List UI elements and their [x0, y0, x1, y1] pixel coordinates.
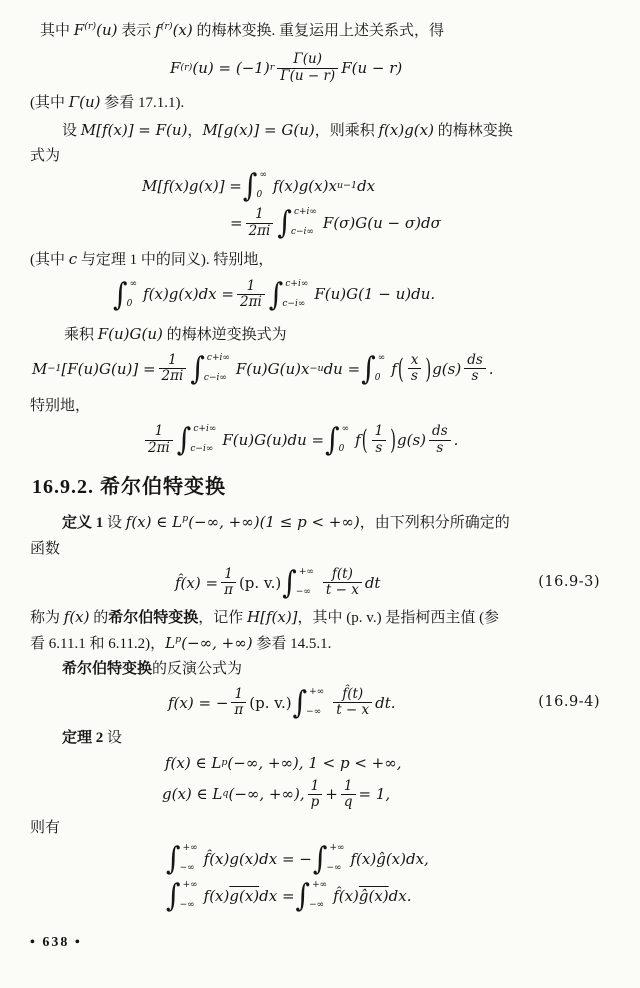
parenthesized-group: (xs) — [397, 353, 432, 385]
para-references: 看 6.11.1 和 6.11.2)，Lp(−∞, +∞) 参看 14.5.1. — [30, 633, 614, 655]
fraction: dss — [429, 424, 451, 456]
math-text: f(x) ∈ L — [165, 755, 221, 772]
fraction: 1s — [372, 424, 387, 456]
integral-lower-limit: −∞ — [326, 864, 344, 874]
text-run: ，其中 (p. v.) 是指柯西主值 (参 — [298, 610, 500, 626]
integral-upper-limit: c+i∞ — [207, 354, 230, 364]
fraction: 1p — [308, 779, 323, 811]
text-run: 设 — [103, 730, 122, 746]
bold-term: 定义 1 — [62, 515, 103, 531]
math-text: f(x) — [64, 608, 90, 626]
math-text: (u) — [96, 21, 117, 39]
fraction: f̂(t)t − x — [333, 687, 372, 719]
math-text: L — [165, 634, 175, 652]
math-text: Γ(u) — [69, 93, 101, 111]
integral: ∫+∞−∞ — [166, 844, 202, 874]
fraction: 12πi — [237, 279, 265, 311]
integral-sign: ∫ — [190, 353, 205, 384]
integral-upper-limit: +∞ — [299, 568, 314, 578]
text-run: 的梅林变换. 重复运用上述关系式，得 — [193, 23, 444, 39]
math-text: [F(u)G(u)] = — [61, 361, 155, 378]
integral-sign: ∫ — [361, 353, 376, 384]
math-text: f(x) = − — [168, 695, 228, 712]
integral-upper-limit: +∞ — [312, 881, 327, 891]
math-text: M[f(x)] = F(u) — [81, 121, 188, 139]
integral: ∫+∞−∞ — [282, 568, 318, 598]
integral: ∫+∞−∞ — [166, 881, 202, 911]
text-run: (p. v.) — [249, 695, 291, 712]
math-text: F(u)G(u) — [98, 325, 163, 343]
math-text: dt. — [375, 695, 395, 712]
math-text: f(x)g(x) — [378, 121, 433, 139]
integral-upper-limit: +∞ — [309, 688, 324, 698]
math-text: f(x)g(x)x — [273, 178, 337, 195]
section-heading: 16.9.2. 希尔伯特变换 — [32, 474, 614, 500]
math-text: H[f(x)] — [247, 608, 298, 626]
integral-lower-limit: −∞ — [180, 901, 198, 911]
script: (r) — [180, 63, 192, 73]
math-text: f(x) ∈ L — [126, 513, 182, 531]
text-run: ， — [187, 123, 202, 139]
formula-parseval-relation-1: ∫+∞−∞f̂(x)g(x)dx = −∫+∞−∞f(x)ĝ(x)dx, — [165, 844, 614, 874]
script: u−1 — [337, 181, 357, 191]
math-text: du = — [324, 361, 361, 378]
math-text: F(u)G(1 − u)du. — [314, 286, 435, 303]
para-product-transform-setup-cont: 式为 — [30, 146, 614, 167]
math-text: g(s) — [397, 432, 426, 449]
text-run: 其中 — [40, 23, 74, 39]
text-run: 则有 — [30, 820, 60, 836]
integral-sign: ∫ — [166, 880, 181, 911]
conjugate-overline: ĝ(x) — [359, 888, 389, 905]
integral: ∫∞0 — [113, 280, 141, 310]
fraction: 1q — [341, 779, 356, 811]
text-run: 表示 — [118, 23, 156, 39]
text-run: 的反演公式为 — [152, 661, 242, 677]
fraction: dss — [464, 353, 486, 385]
math-text: F(σ)G(u − σ)dσ — [323, 215, 441, 232]
math-text: . — [489, 361, 494, 378]
script: (r) — [84, 21, 96, 32]
integral-sign: ∫ — [243, 171, 258, 202]
math-text: f̂(x) — [333, 888, 359, 905]
conjugate-overline: g(x) — [229, 888, 259, 905]
open-paren: ( — [361, 425, 369, 455]
math-text: dx = — [259, 888, 294, 905]
math-text: f(x)ĝ(x)dx, — [351, 851, 429, 868]
para-gamma-reference: (其中 Γ(u) 参看 17.1.1). — [30, 92, 614, 114]
formula-g-space-condition: g(x) ∈ Lq(−∞, +∞), 1p + 1q = 1, — [162, 779, 614, 811]
integral-upper-limit: +∞ — [329, 844, 344, 854]
text-run: 参看 14.5.1. — [253, 636, 332, 652]
integral-upper-limit: ∞ — [130, 280, 138, 290]
parenthesized-group: (1s) — [361, 424, 397, 456]
para-then-have: 则有 — [30, 818, 614, 839]
para-inversion-intro: 希尔伯特变换的反演公式为 — [30, 659, 614, 680]
page-number: • 638 • — [30, 935, 614, 951]
math-text: + — [325, 786, 338, 803]
formula-mellin-product-line2: = 12πi∫c+i∞c−i∞F(σ)G(u − σ)dσ — [230, 207, 614, 239]
formula-mellin-product-line1: M[f(x)g(x)] = ∫∞0f(x)g(x)xu−1dx — [142, 171, 614, 201]
equation-number: (16.9-3) — [538, 575, 600, 591]
integral-lower-limit: c−i∞ — [190, 445, 216, 455]
math-text: (−∞, +∞)(1 ≤ p < +∞) — [188, 513, 360, 531]
integral: ∫+∞−∞ — [296, 881, 332, 911]
math-text: f̂(x) = — [175, 575, 218, 592]
text-run: ，由下列积分所确定的 — [360, 515, 510, 531]
formula-product-integral: ∫∞0f(x)g(x)dx = 12πi∫c+i∞c−i∞F(u)G(1 − u… — [112, 279, 614, 311]
integral-lower-limit: 0 — [256, 191, 267, 201]
text-run: (其中 — [30, 252, 69, 268]
integral: ∫∞0 — [325, 425, 353, 455]
integral: ∫+∞−∞ — [293, 688, 329, 718]
fraction: Γ(u)Γ(u − r) — [277, 52, 338, 84]
para-especially: 特别地， — [30, 396, 614, 417]
integral-upper-limit: c+i∞ — [294, 208, 317, 218]
integral-sign: ∫ — [325, 425, 340, 456]
integral-lower-limit: 0 — [339, 445, 350, 455]
para-function-label: 函数 — [30, 539, 614, 560]
math-text: = 1, — [359, 786, 391, 803]
text-run: 的梅林逆变换式为 — [163, 327, 287, 343]
integral-lower-limit: 0 — [375, 374, 386, 384]
text-run: 称为 — [30, 610, 64, 626]
integral-upper-limit: ∞ — [342, 425, 350, 435]
integral: ∫c+i∞c−i∞ — [277, 208, 321, 238]
math-text: . — [454, 432, 459, 449]
math-text: dt — [365, 575, 381, 592]
fraction: 12πi — [145, 424, 173, 456]
text-run: 乘积 — [64, 327, 98, 343]
para-inverse-transform-intro: 乘积 F(u)G(u) 的梅林逆变换式为 — [30, 324, 614, 346]
integral-upper-limit: c+i∞ — [193, 425, 216, 435]
integral-lower-limit: −∞ — [180, 864, 198, 874]
equation-number: (16.9-4) — [538, 695, 600, 711]
scanned-book-page: 其中 F(r)(u) 表示 f(r)(x) 的梅林变换. 重复运用上述关系式，得… — [0, 0, 640, 988]
integral-lower-limit: −∞ — [306, 708, 324, 718]
math-text: (−∞, +∞) — [181, 634, 252, 652]
formula-mellin-derivative: F(r)(u) = (−1)rΓ(u)Γ(u − r) F(u − r) — [170, 52, 614, 84]
math-text: f(x)g(x)dx = — [143, 286, 234, 303]
math-text: M[g(x)] = G(u) — [202, 121, 314, 139]
math-text: g(x) ∈ L — [162, 786, 222, 803]
integral-sign: ∫ — [282, 567, 297, 598]
math-text: c — [69, 250, 77, 268]
script: −1 — [47, 364, 61, 374]
script: r — [270, 63, 275, 73]
text-run: 参看 17.1.1). — [101, 95, 185, 111]
integral: ∫c+i∞c−i∞ — [190, 354, 234, 384]
para-mellin-derivative-intro: 其中 F(r)(u) 表示 f(r)(x) 的梅林变换. 重复运用上述关系式，得 — [30, 20, 614, 42]
math-text: = — [230, 215, 243, 232]
text-run: (p. v.) — [239, 575, 281, 592]
text-run: 的梅林变换 — [434, 123, 513, 139]
para-theorem-2: 定理 2 设 — [30, 728, 614, 749]
math-text: F(u)G(u)x — [236, 361, 310, 378]
close-paren: ) — [389, 425, 397, 455]
integral: ∫+∞−∞ — [313, 844, 349, 874]
fraction: xs — [408, 353, 422, 385]
para-product-transform-setup: 设 M[f(x)] = F(u)，M[g(x)] = G(u)，则乘积 f(x)… — [30, 120, 614, 142]
formula-mellin-inverse-product: M−1[F(u)G(u)] = 12πi∫c+i∞c−i∞F(u)G(u)x−u… — [32, 353, 614, 385]
math-text: f(x) — [204, 888, 230, 905]
formula-content: f(x) = − 1π (p. v.) ∫+∞−∞f̂(t)t − x dt. — [168, 687, 396, 719]
integral: ∫c+i∞c−i∞ — [177, 425, 221, 455]
para-definition-1: 定义 1 设 f(x) ∈ Lp(−∞, +∞)(1 ≤ p < +∞)，由下列… — [30, 512, 614, 534]
math-text: M[f(x)g(x)] = — [142, 178, 242, 195]
integral-lower-limit: c−i∞ — [282, 300, 308, 310]
formula-hilbert-inversion: f(x) = − 1π (p. v.) ∫+∞−∞f̂(t)t − x dt. … — [30, 687, 614, 719]
text-run: 特别地， — [30, 398, 90, 414]
text-run: 与定理 1 中的同义). 特别地， — [77, 252, 273, 268]
text-run: 看 6.11.1 和 6.11.2)， — [30, 636, 165, 652]
fraction: 12πi — [159, 353, 187, 385]
math-text: F — [74, 21, 84, 39]
integral-sign: ∫ — [313, 843, 328, 874]
integral-lower-limit: c−i∞ — [204, 374, 230, 384]
math-text: f̂(x)g(x)dx = − — [204, 851, 312, 868]
integral-lower-limit: c−i∞ — [291, 228, 317, 238]
math-text: (−∞, +∞), 1 < p < +∞, — [227, 755, 401, 772]
math-text: (u) = (−1) — [192, 60, 269, 77]
formula-inverse-special-case: 12πi∫c+i∞c−i∞F(u)G(u)du = ∫∞0f(1s)g(s) d… — [142, 424, 614, 456]
formula-content: f̂(x) = 1π (p. v.) ∫+∞−∞f(t)t − x dt — [175, 567, 380, 599]
bold-term: 希尔伯特变换 — [62, 661, 152, 677]
math-text: F(u − r) — [341, 60, 402, 77]
para-c-note: (其中 c 与定理 1 中的同义). 特别地， — [30, 249, 614, 271]
integral-sign: ∫ — [113, 279, 128, 310]
integral-upper-limit: c+i∞ — [285, 280, 308, 290]
integral-sign: ∫ — [177, 425, 192, 456]
integral-upper-limit: ∞ — [378, 354, 386, 364]
math-text: g(s) — [432, 361, 461, 378]
fraction: f(t)t − x — [323, 567, 362, 599]
text-run: (其中 — [30, 95, 69, 111]
integral: ∫∞0 — [243, 171, 271, 201]
text-run: 函数 — [30, 541, 60, 557]
integral-upper-limit: +∞ — [183, 844, 198, 854]
integral-lower-limit: 0 — [127, 300, 138, 310]
integral: ∫∞0 — [361, 354, 389, 384]
formula-hilbert-definition: f̂(x) = 1π (p. v.) ∫+∞−∞f(t)t − x dt (16… — [30, 567, 614, 599]
integral-upper-limit: +∞ — [183, 881, 198, 891]
text-run: 设 — [62, 123, 81, 139]
math-text: F — [170, 60, 180, 77]
integral: ∫c+i∞c−i∞ — [269, 280, 313, 310]
math-text: F(u)G(u)du = — [222, 432, 324, 449]
integral-upper-limit: ∞ — [259, 171, 267, 181]
fraction: 1π — [221, 567, 236, 599]
text-run: ，记作 — [198, 610, 247, 626]
script: −u — [309, 364, 323, 374]
integral-sign: ∫ — [293, 687, 308, 718]
math-text: M — [32, 361, 47, 378]
text-run: 的 — [89, 610, 108, 626]
integral-lower-limit: −∞ — [309, 901, 327, 911]
math-text: (−∞, +∞), — [228, 786, 304, 803]
close-paren: ) — [424, 354, 432, 384]
formula-parseval-relation-2: ∫+∞−∞f(x)g(x) dx = ∫+∞−∞f̂(x)ĝ(x)dx. — [165, 881, 614, 911]
text-run: 设 — [103, 515, 126, 531]
math-text: dx — [357, 178, 375, 195]
text-run: 式为 — [30, 148, 60, 164]
bold-term: 希尔伯特变换 — [108, 610, 198, 626]
math-text: dx. — [389, 888, 412, 905]
integral-sign: ∫ — [269, 279, 284, 310]
open-paren: ( — [397, 354, 405, 384]
fraction: 1π — [231, 687, 246, 719]
integral-sign: ∫ — [166, 843, 181, 874]
script: (r) — [161, 21, 173, 32]
para-hilbert-naming: 称为 f(x) 的希尔伯特变换，记作 H[f(x)]，其中 (p. v.) 是指… — [30, 607, 614, 629]
bold-term: 定理 2 — [62, 730, 103, 746]
text-run: ，则乘积 — [315, 123, 379, 139]
integral-sign: ∫ — [277, 208, 292, 239]
fraction: 12πi — [246, 207, 274, 239]
integral-sign: ∫ — [296, 880, 311, 911]
math-text: (x) — [173, 21, 193, 39]
formula-f-space-condition: f(x) ∈ Lp(−∞, +∞), 1 < p < +∞, — [165, 755, 614, 772]
integral-lower-limit: −∞ — [296, 588, 314, 598]
